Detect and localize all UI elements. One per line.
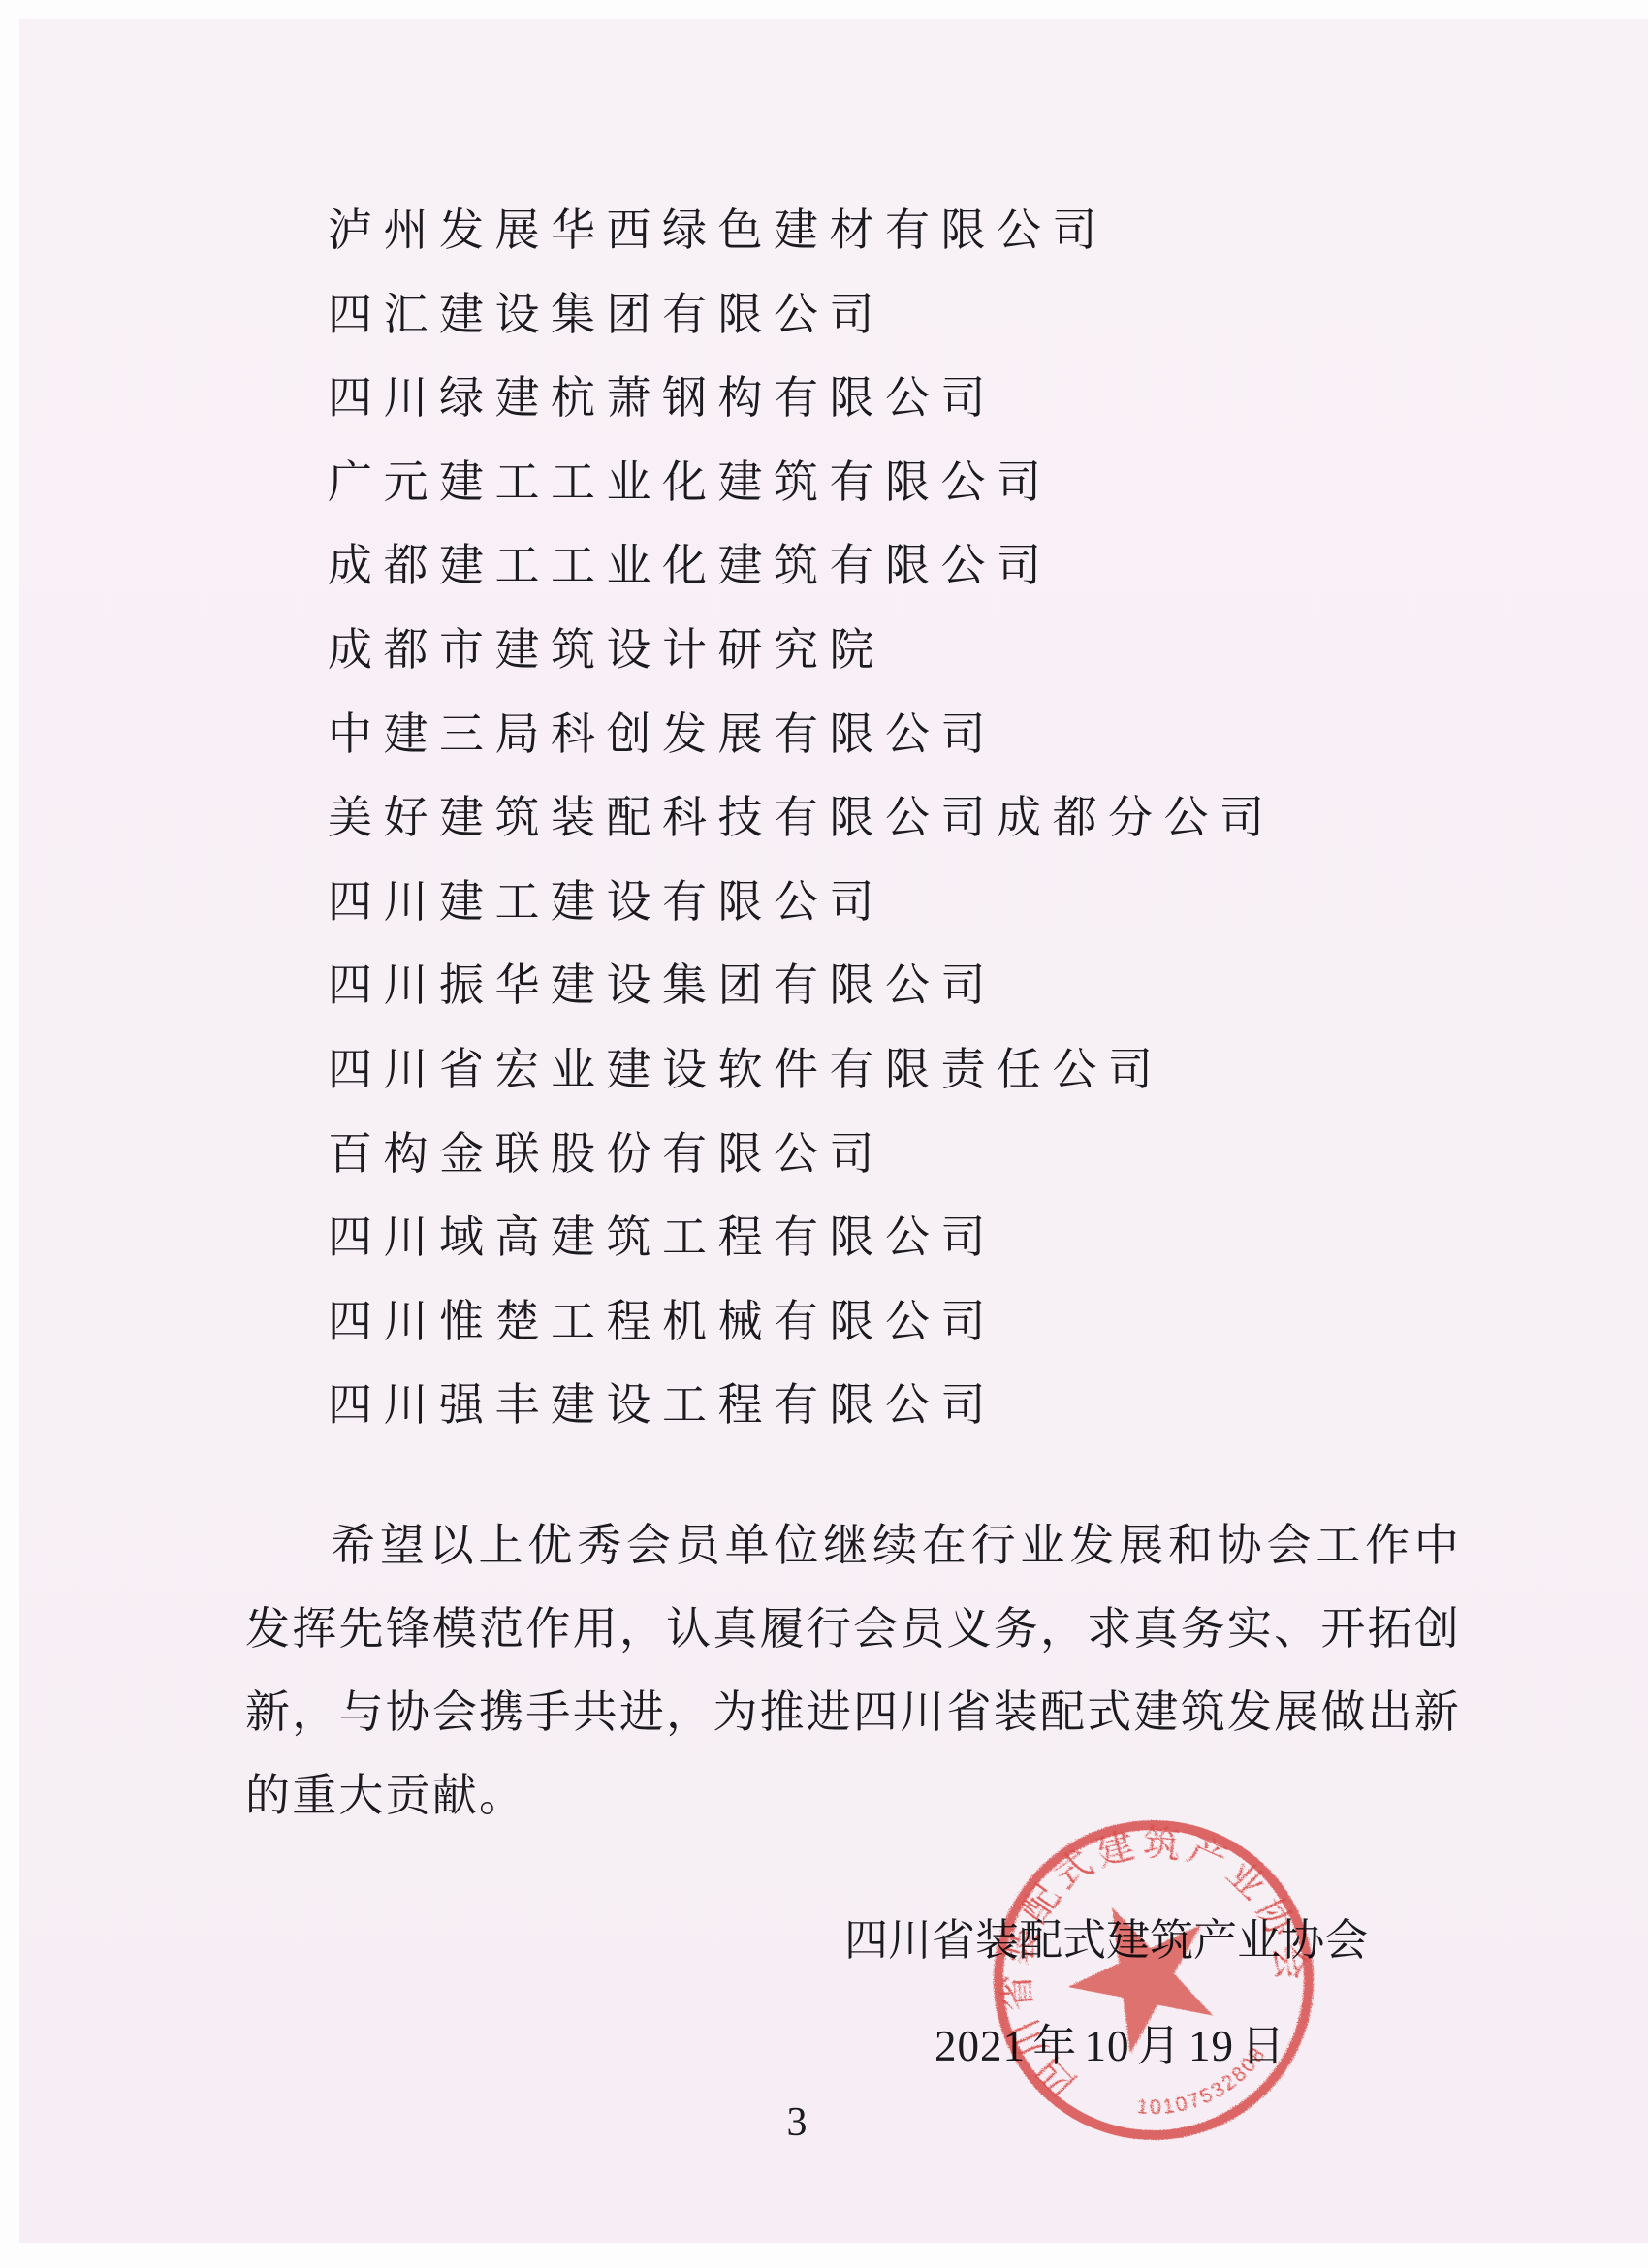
company-list-item: 四川绿建杭萧钢构有限公司 (328, 372, 1276, 457)
company-list-item: 四川域高建筑工程有限公司 (328, 1212, 1276, 1296)
page-number: 3 (768, 2099, 826, 2146)
scanned-document-page: 泸州发展华西绿色建材有限公司四汇建设集团有限公司四川绿建杭萧钢构有限公司广元建工… (0, 0, 1648, 2268)
seal-star-icon (1045, 1876, 1238, 2066)
scan-edge-top (0, 0, 1648, 19)
company-list-item: 中建三局科创发展有限公司 (328, 709, 1276, 793)
company-list: 泸州发展华西绿色建材有限公司四汇建设集团有限公司四川绿建杭萧钢构有限公司广元建工… (328, 205, 1276, 1464)
company-list-item: 四川省宏业建设软件有限责任公司 (328, 1044, 1276, 1128)
paragraph-line-2: 发挥先锋模范作用，认真履行会员义务，求真务实、开拓创 (245, 1604, 1459, 1654)
paragraph-line-3: 新，与协会携手共进，为推进四川省装配式建筑发展做出新 (245, 1687, 1459, 1738)
company-list-item: 四汇建设集团有限公司 (328, 289, 1276, 373)
scan-edge-left (0, 0, 19, 2268)
company-list-item: 四川惟楚工程机械有限公司 (328, 1296, 1276, 1380)
seal-graphic: 四川省装配式建筑产业协会 5101075328085 (937, 1764, 1371, 2197)
company-list-item: 成都市建筑设计研究院 (328, 624, 1276, 709)
official-seal: 四川省装配式建筑产业协会 5101075328085 (937, 1764, 1371, 2197)
paragraph-line-1: 希望以上优秀会员单位继续在行业发展和协会工作中 (331, 1521, 1459, 1571)
company-list-item: 广元建工工业化建筑有限公司 (328, 457, 1276, 541)
scan-edge-bottom (0, 2243, 1648, 2268)
company-list-item: 四川强丰建设工程有限公司 (328, 1379, 1276, 1464)
company-list-item: 四川建工建设有限公司 (328, 876, 1276, 961)
company-list-item: 百构金联股份有限公司 (328, 1128, 1276, 1213)
company-list-item: 美好建筑装配科技有限公司成都分公司 (328, 792, 1276, 876)
company-list-item: 泸州发展华西绿色建材有限公司 (328, 205, 1276, 289)
company-list-item: 四川振华建设集团有限公司 (328, 960, 1276, 1044)
company-list-item: 成都建工工业化建筑有限公司 (328, 540, 1276, 624)
paragraph-line-4: 的重大贡献。 (245, 1771, 525, 1821)
